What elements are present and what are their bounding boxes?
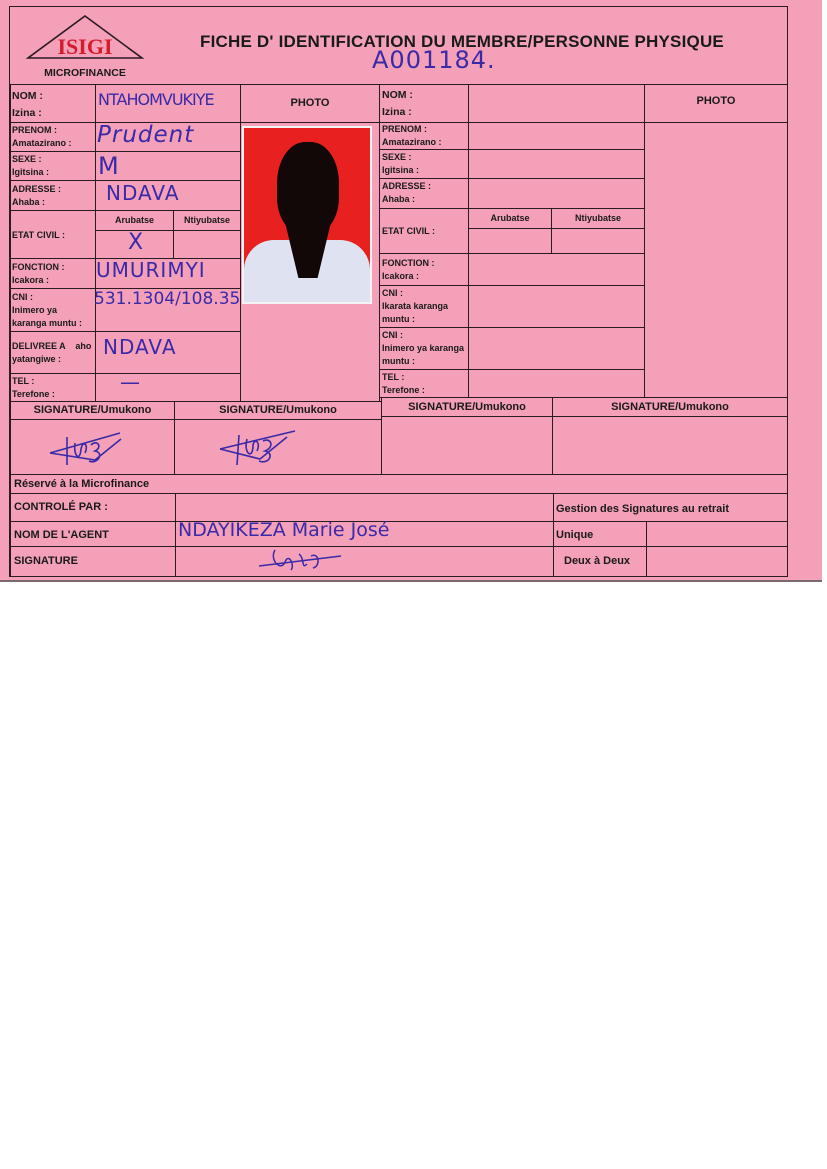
p2-nom-label: NOM :Izina : <box>382 87 413 121</box>
p1-etat-col2: Ntiyubatse <box>173 215 241 225</box>
sig2-header: SIGNATURE/Umukono <box>174 404 382 416</box>
p2-photo-box[interactable] <box>644 122 788 398</box>
p1-cni-label: CNI :Inimero yakaranga muntu : <box>12 291 82 330</box>
p2-etat-label: ETAT CIVIL : <box>382 225 435 238</box>
signature-2-icon <box>215 425 300 470</box>
identification-card: ISIGI MICROFINANCE FICHE D' IDENTIFICATI… <box>0 0 822 582</box>
p2-nom-field[interactable] <box>468 84 645 123</box>
p2-cni2-label: CNI :Inimero ya karangamuntu : <box>382 329 464 368</box>
p2-cni1-field[interactable] <box>468 285 645 328</box>
p1-cni-value: 531.1304/108.35 <box>94 289 240 309</box>
p1-tel-label: TEL :Terefone : <box>12 375 55 401</box>
p2-fonction-label: FONCTION :Icakora : <box>382 257 435 283</box>
p2-cni1-label: CNI :Ikarata karangamuntu : <box>382 287 448 326</box>
p2-etat-col2: Ntiyubatse <box>551 213 645 223</box>
controle-label: CONTROLÉ PAR : <box>14 499 108 516</box>
agent-signature-icon <box>255 546 345 576</box>
p2-sexe-field[interactable] <box>468 149 645 179</box>
unique-label: Unique <box>556 527 593 544</box>
p2-etat-col1: Arubatse <box>468 213 552 223</box>
sig4-box[interactable] <box>552 416 788 475</box>
agent-value: NDAYIKEZA Marie José <box>178 519 389 541</box>
p2-prenom-label: PRENOM :Amatazirano : <box>382 123 442 149</box>
p2-sexe-label: SEXE :Igitsina : <box>382 151 419 177</box>
deux-label: Deux à Deux <box>564 553 630 570</box>
p1-etat-col1: Arubatse <box>95 215 174 225</box>
p1-fonction-label: FONCTION :Icakora : <box>12 261 65 287</box>
p1-sexe-value: M <box>98 152 120 180</box>
p1-tel-value: — <box>120 370 141 394</box>
sig4-header: SIGNATURE/Umukono <box>552 401 788 413</box>
signature-1-icon <box>45 425 130 470</box>
p1-sexe-label: SEXE :Igitsina : <box>12 153 49 179</box>
p1-adresse-value: NDAVA <box>106 181 180 205</box>
p1-etat-mark: X <box>128 230 144 255</box>
p1-prenom-value: Prudent <box>97 122 194 148</box>
member-number: A001184. <box>372 46 496 74</box>
p1-etat-ntiyubatse-box[interactable] <box>173 230 241 259</box>
p1-tel-field[interactable] <box>95 373 241 402</box>
p2-cni2-field[interactable] <box>468 327 645 370</box>
p1-nom-label: NOM :Izina : <box>12 88 43 122</box>
p1-fonction-value: UMURIMYI <box>96 258 206 282</box>
p2-fonction-field[interactable] <box>468 253 645 286</box>
reserved-title: Réservé à la Microfinance <box>14 476 149 493</box>
p1-portrait-photo <box>242 126 372 304</box>
agent-signature-box[interactable] <box>175 546 554 577</box>
sig3-header: SIGNATURE/Umukono <box>381 401 553 413</box>
svg-text:ISIGI: ISIGI <box>57 34 112 59</box>
unique-checkbox[interactable] <box>646 521 788 547</box>
deux-checkbox[interactable] <box>646 546 788 577</box>
signature-label: SIGNATURE <box>14 553 78 570</box>
p1-photo-label: PHOTO <box>240 97 380 109</box>
p2-tel-field[interactable] <box>468 369 645 398</box>
p1-delivree-value: NDAVA <box>103 335 177 359</box>
svg-text:MICROFINANCE: MICROFINANCE <box>44 67 126 79</box>
p2-etat-arubatse-box[interactable] <box>468 228 552 254</box>
p1-delivree-label: DELIVREE A ahoyatangiwe : <box>12 340 91 366</box>
sig3-box[interactable] <box>381 416 553 475</box>
p1-adresse-label: ADRESSE :Ahaba : <box>12 183 61 209</box>
isigi-logo-icon: ISIGI MICROFINANCE <box>24 14 146 82</box>
p1-nom-value: NTAHOMVUKIYE <box>98 90 214 109</box>
agent-label: NOM DE L'AGENT <box>14 527 109 544</box>
p2-prenom-field[interactable] <box>468 122 645 150</box>
p1-etat-label: ETAT CIVIL : <box>12 229 65 242</box>
controle-field[interactable] <box>175 493 554 522</box>
p1-prenom-label: PRENOM :Amatazirano : <box>12 124 72 150</box>
sig1-header: SIGNATURE/Umukono <box>10 404 175 416</box>
p2-etat-ntiyubatse-box[interactable] <box>551 228 645 254</box>
gestion-label: Gestion des Signatures au retrait <box>556 501 729 518</box>
p2-adresse-field[interactable] <box>468 178 645 209</box>
p2-adresse-label: ADRESSE :Ahaba : <box>382 180 431 206</box>
p2-photo-label: PHOTO <box>644 95 788 107</box>
p2-tel-label: TEL :Terefone : <box>382 371 425 397</box>
